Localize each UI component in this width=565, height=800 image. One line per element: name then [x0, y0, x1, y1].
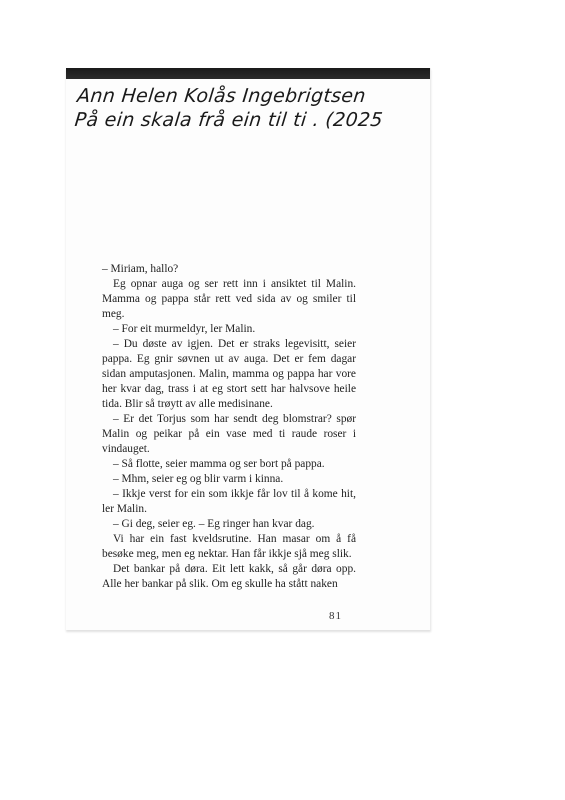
paragraph: – Ikkje verst for ein som ikkje får lov … — [102, 487, 356, 517]
handwritten-author-line: Ann Helen Kolås Ingebrigtsen — [76, 84, 387, 108]
scanned-book-page: Ann Helen Kolås Ingebrigtsen På ein skal… — [66, 68, 431, 630]
paragraph: – Er det Torjus som har sendt deg blomst… — [102, 412, 356, 457]
paragraph: Vi har ein fast kveldsrutine. Han masar … — [102, 532, 356, 562]
handwritten-annotation: Ann Helen Kolås Ingebrigtsen På ein skal… — [73, 84, 386, 132]
paragraph: Det bankar på døra. Eit lett kakk, så gå… — [102, 562, 356, 592]
paragraph: – Mhm, seier eg og blir varm i kinna. — [102, 472, 356, 487]
paragraph: – For eit murmeldyr, ler Malin. — [102, 322, 356, 337]
scan-top-edge-bar — [66, 68, 430, 79]
paragraph: – Miriam, hallo? — [102, 262, 356, 277]
paragraph: – Så flotte, seier mamma og ser bort på … — [102, 457, 356, 472]
book-text-body: – Miriam, hallo? Eg opnar auga og ser re… — [102, 262, 356, 592]
handwritten-title-line: På ein skala frå ein til ti . (2025 — [73, 108, 384, 132]
paragraph: – Du døste av igjen. Det er straks legev… — [102, 337, 356, 412]
paragraph: Eg opnar auga og ser rett inn i ansiktet… — [102, 277, 356, 322]
page-number: 81 — [329, 610, 342, 622]
paragraph: – Gi deg, seier eg. – Eg ringer han kvar… — [102, 517, 356, 532]
